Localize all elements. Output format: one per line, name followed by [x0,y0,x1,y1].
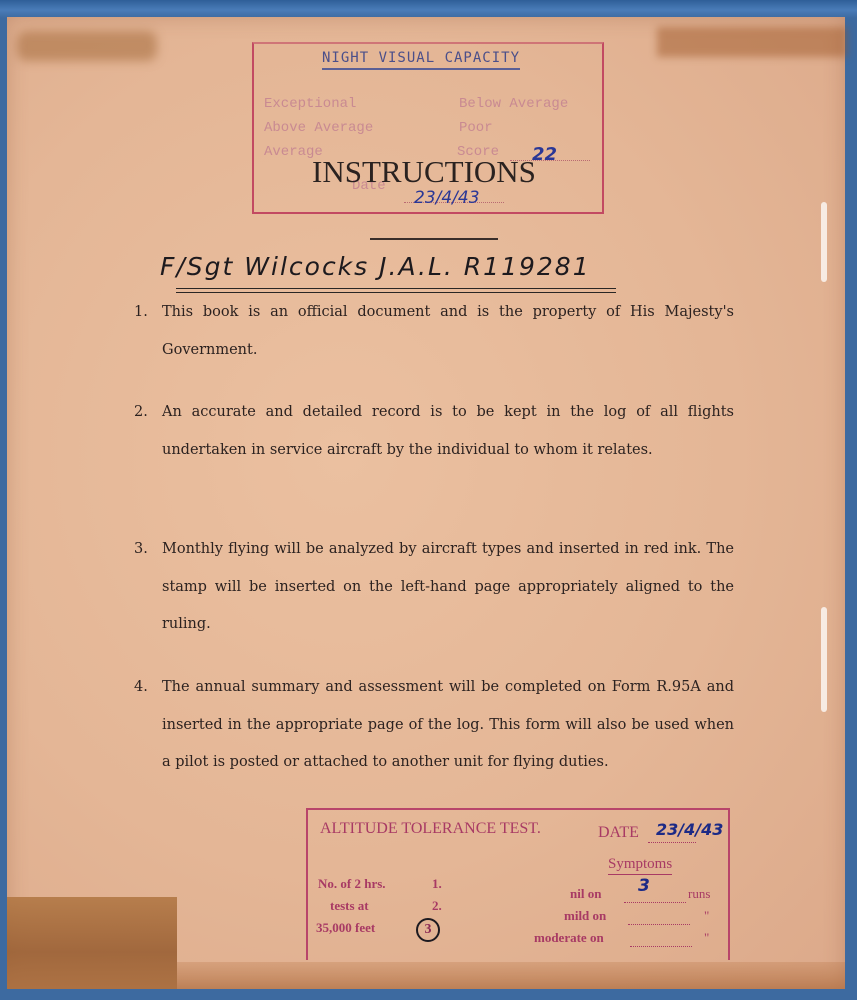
instruction-item: 4. The annual summary and assessment wil… [134,669,734,782]
old-tape-patch [7,897,177,989]
instruction-item: 2. An accurate and detailed record is to… [134,394,734,469]
date-dotted-line [648,842,696,843]
symptom-suffix: " [704,930,709,946]
option-below-average: Below Average [459,96,568,112]
symptom-suffix: " [704,908,709,924]
dotted-line [630,946,692,947]
circled-test-number: 3 [416,918,440,942]
altitude-tolerance-stamp: ALTITUDE TOLERANCE TEST. DATE 23/4/43 Sy… [306,808,730,960]
date-value: 23/4/43 [414,188,480,208]
instruction-text: This book is an official document and is… [162,294,734,369]
water-stain [657,27,847,57]
instruction-text: An accurate and detailed record is to be… [162,394,734,469]
handwritten-name: F/Sgt Wilcocks J.A.L. R119281 [160,252,591,281]
symptom-label: mild on [564,908,606,924]
page-title: INSTRUCTIONS [312,154,536,190]
instruction-item: 1. This book is an official document and… [134,294,734,369]
instruction-number: 2. [134,394,148,432]
dotted-line [628,924,690,925]
symptom-value: 3 [638,876,650,896]
title-rule [370,238,498,240]
stamp-heading: NIGHT VISUAL CAPACITY [322,50,520,70]
instruction-number: 4. [134,669,148,707]
symptom-label: nil on [570,886,601,902]
test-number: 1. [432,876,442,892]
tape-stain-bottom [177,962,845,989]
tests-label: tests at [330,898,369,914]
option-poor: Poor [459,120,493,136]
option-above-average: Above Average [264,120,373,136]
date-label: DATE [598,824,639,842]
instruction-number: 1. [134,294,148,332]
instruction-text: The annual summary and assessment will b… [162,669,734,782]
water-stain [17,31,157,61]
symptom-suffix: runs [688,886,710,902]
paper-crease [821,202,827,282]
option-exceptional: Exceptional [264,96,356,112]
paper-crease [821,607,827,712]
instruction-text: Monthly flying will be analyzed by aircr… [162,531,734,644]
symptoms-label: Symptoms [608,856,672,875]
tests-label: 35,000 feet [316,920,375,936]
stamp-heading: ALTITUDE TOLERANCE TEST. [320,820,541,838]
instruction-item: 3. Monthly flying will be analyzed by ai… [134,531,734,644]
test-number: 2. [432,898,442,914]
name-underline [176,288,616,293]
symptom-label: moderate on [534,930,604,946]
tests-label: No. of 2 hrs. [318,876,386,892]
dotted-line [624,902,686,903]
instruction-number: 3. [134,531,148,569]
date-value: 23/4/43 [656,820,723,839]
